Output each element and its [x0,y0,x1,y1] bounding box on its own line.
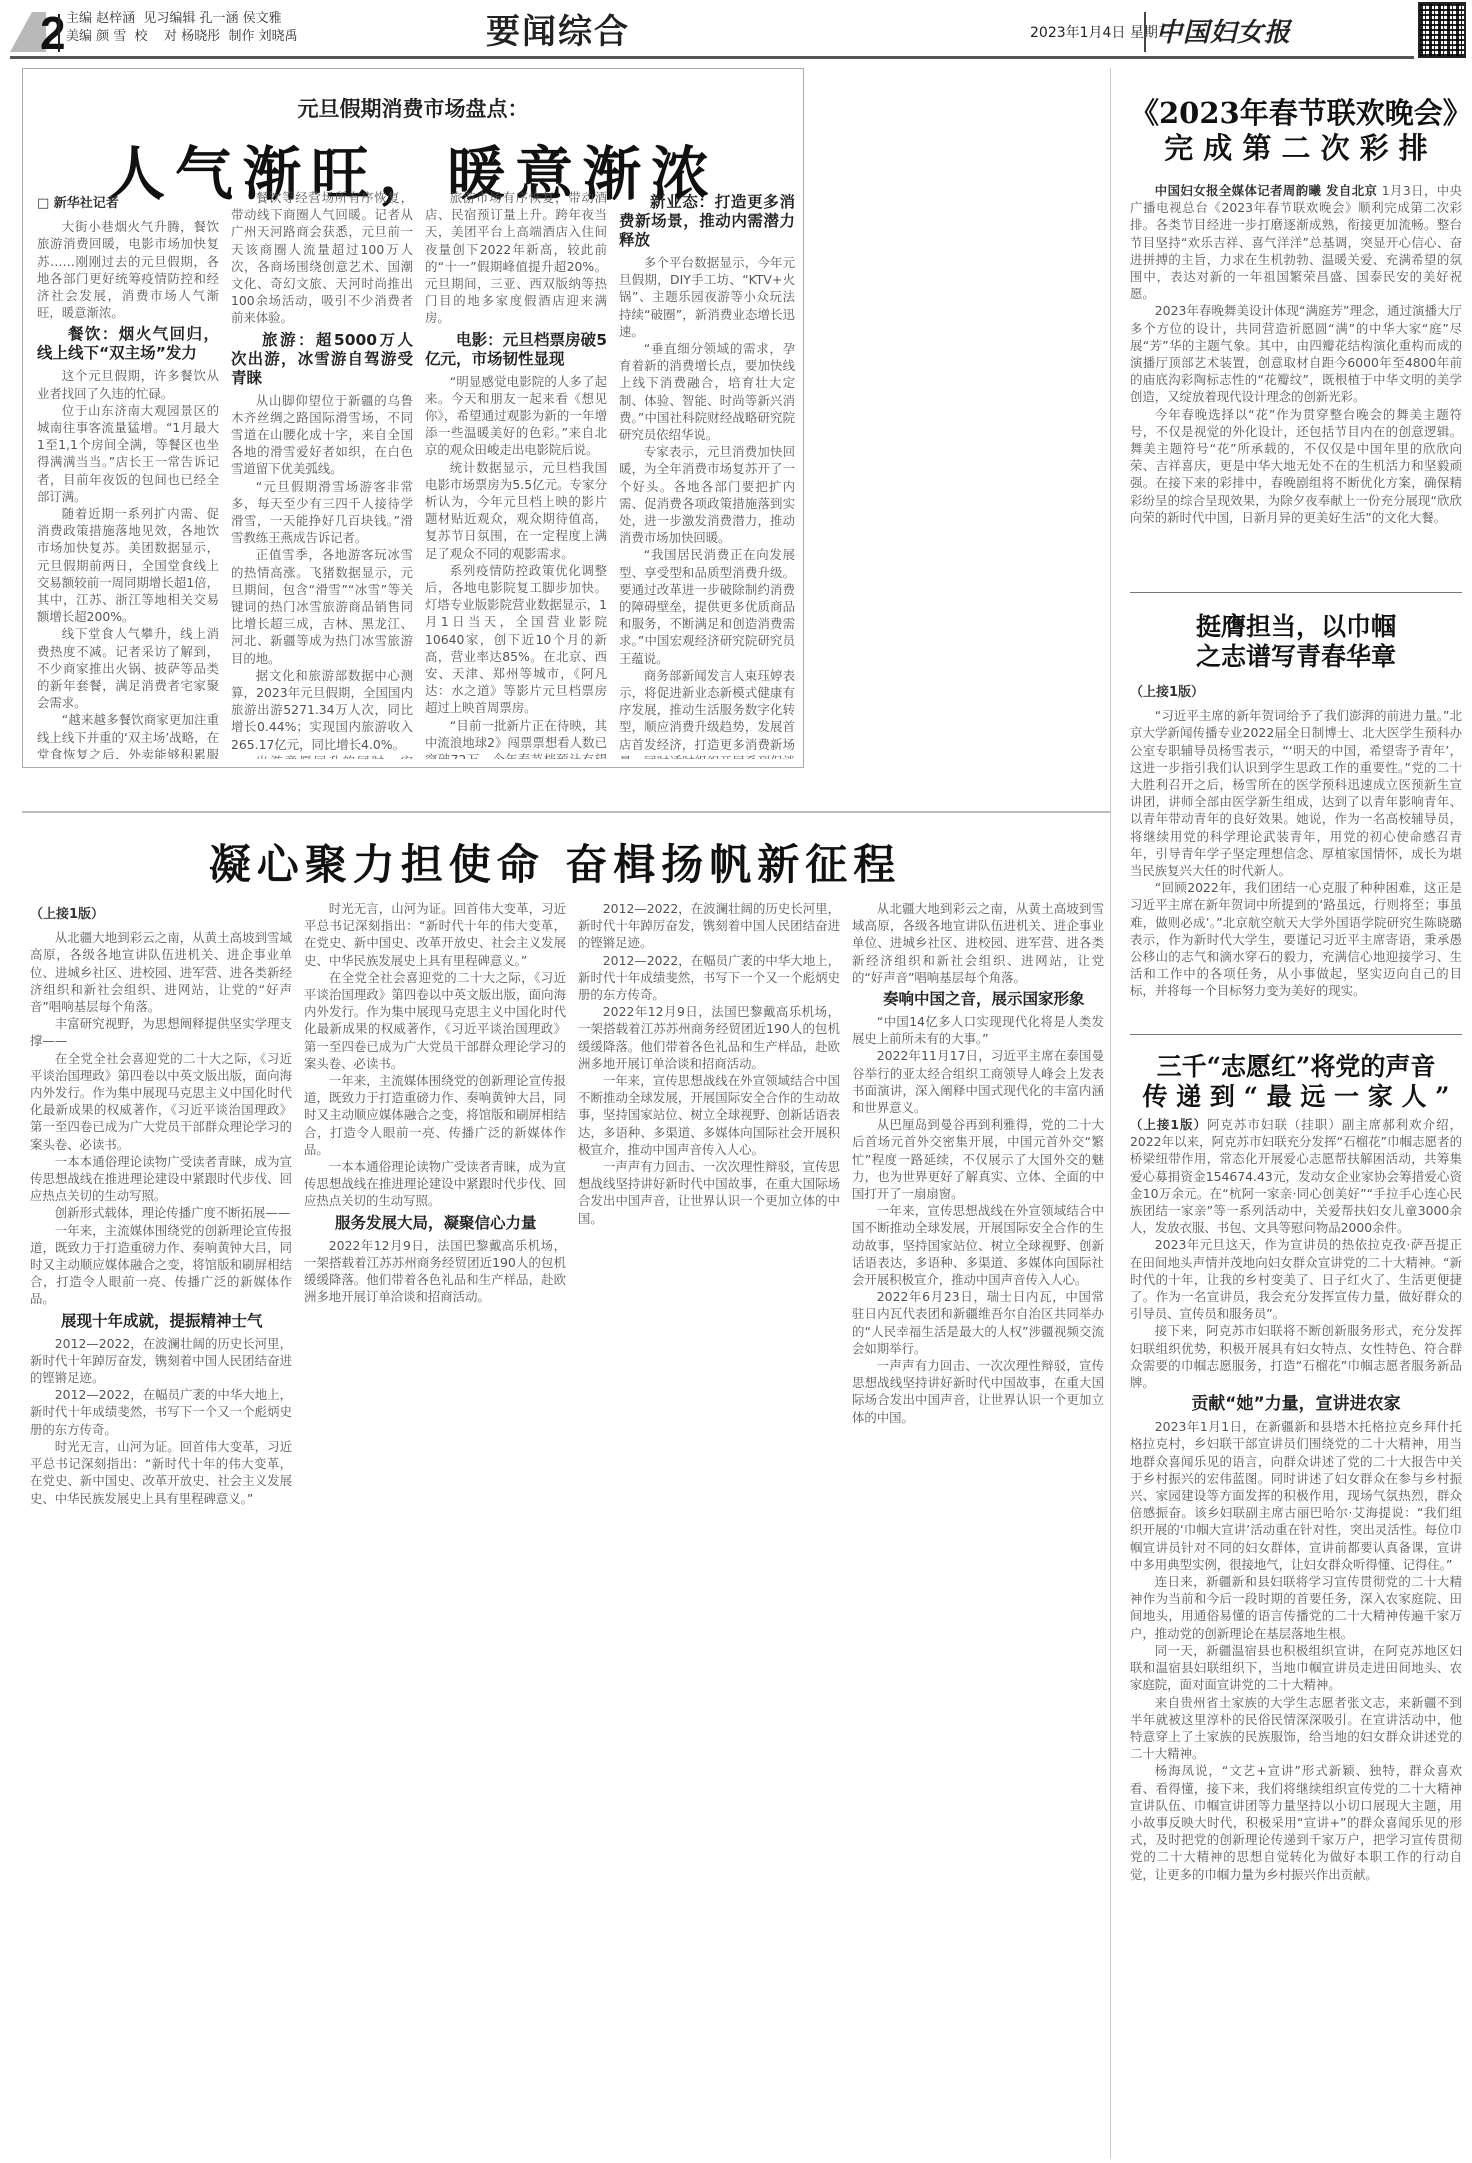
qr-code-icon[interactable] [1418,2,1466,58]
paragraph: 系列疫情防控政策优化调整后，各地电影院复工脚步加快。灯塔专业版影院营业数据显示，… [425,562,607,717]
paragraph: “中国14亿多人口实现现代化将是人类发展史上前所未有的大事。” [852,1013,1104,1047]
paragraph: 这个元旦假期，许多餐饮从业者找回了久违的忙碌。 [37,367,219,401]
feature-column-2: 时光无言，山河为证。回首伟大变革，习近平总书记深刻指出：“新时代十年的伟大变革，… [304,900,566,2155]
paragraph: 2022年11月17日，习近平主席在泰国曼谷举行的亚太经合组织工商领导人峰会上发… [852,1047,1104,1116]
paragraph: 一年来，宣传思想战线在外宣领域结合中国不断推动全球发展，开展国际安全合作的生动故… [852,1202,1104,1288]
paragraph: 正值雪季，各地游客玩冰雪的热情高涨。飞猪数据显示，元旦期间，包含“滑雪”“冰雪”… [231,546,413,666]
feature-column-3: 2012—2022，在波澜壮阔的历史长河里，新时代十年踔厉奋发，镌刻着中国人民团… [578,900,840,2155]
paragraph: 一本本通俗理论读物广受读者青睐，成为宣传思想战线在推进理论建设中紧跟时代步伐、回… [304,1158,566,1210]
paragraph: 一年来，宣传思想战线在外宣领域结合中国不断推动全球发展，开展国际安全合作的生动故… [578,1072,840,1158]
paragraph: 在全党全社会喜迎党的二十大之际，《习近平谈治国理政》第四卷以中英文版出版，面向海… [304,969,566,1072]
paragraph: 旅游市场有序恢复，带动酒店、民宿预订量上升。跨年夜当天，美团平台上高端酒店入住间… [425,189,607,327]
volunteers-subhead: 贡献“她”力量，宣讲进农家 [1130,1395,1462,1414]
paragraph: 一声声有力回击、一次次理性辩驳，宣传思想战线坚持讲好新时代中国故事，在重大国际场… [578,1158,840,1227]
lead-subhead-tourism: 旅游：超5000万人次出游，冰雪游自驾游受青睐 [231,331,413,388]
feature-headline: 凝心聚力担使命 奋楫扬帆新征程 [0,832,1110,892]
page-number: 2 [40,6,66,60]
lead-column-1: □ 新华社记者 大街小巷烟火气升腾，餐饮旅游消费回暖，电影市场加快复苏……刚刚过… [37,189,219,759]
staff-line-2: 美编 颜 雪 校 对 杨晓彤 制作 刘晓禹 [66,28,298,46]
youth-headline-line2: 之志谱写青春华章 [1130,642,1462,672]
paragraph: 2022年12月9日，法国巴黎戴高乐机场，一架搭载着江苏苏州商务经贸团近190人… [578,1003,840,1072]
staff-line-1: 主编 赵梓涵 见习编辑 孔一涵 侯文雅 [66,10,298,28]
lead-subhead-new-formats: 新业态：打造更多消费新场景，推动内需潜力释放 [619,193,795,250]
paragraph: 2022年6月23日，瑞士日内瓦，中国常驻日内瓦代表团和新疆维吾尔自治区共同举办… [852,1288,1104,1357]
paragraph: 在全党全社会喜迎党的二十大之际，《习近平谈治国理政》第四卷以中英文版出版，面向海… [30,1050,292,1153]
sidebar-story-volunteers: 三千“志愿红”将党的声音 传 递 到 “ 最 远 一 家 人 ” [1130,1052,1462,1112]
lead-column-4: 新业态：打造更多消费新场景，推动内需潜力释放 多个平台数据显示，今年元旦假期，D… [619,189,795,759]
paragraph: 时光无言，山河为证。回首伟大变革，习近平总书记深刻指出：“新时代十年的伟大变革，… [30,1438,292,1507]
gala-headline-line2: 完 成 第 二 次 彩 排 [1130,131,1462,166]
page-number-block: 2 [10,12,70,52]
paragraph: 从北疆大地到彩云之南，从黄土高坡到雪域高原，各级各地宣讲队伍进机关、进企事业单位… [30,929,292,1015]
lead-subhead-film: 电影：元旦档票房破5亿元，市场韧性显现 [425,331,607,369]
paragraph: 一声声有力回击、一次次理性辩驳，宣传思想战线坚持讲好新时代中国故事，在重大国际场… [852,1357,1104,1426]
paragraph: 出游意愿回升的同时，安全、健康成为更多消费者考虑的重点。元旦期间，不少游客倾向于… [231,753,413,759]
continued-from: （上接1版） [30,906,292,923]
masthead-divider-right [1144,12,1146,52]
lead-column-3: 旅游市场有序恢复，带动酒店、民宿预订量上升。跨年夜当天，美团平台上高端酒店入住间… [425,189,607,759]
masthead-divider [58,14,60,52]
paragraph: 餐饮等经营场所有序恢复，带动线下商圈人气回暖。记者从广州天河路商会获悉，元旦前一… [231,189,413,327]
paragraph: 线下堂食人气攀升，线上消费热度不减。记者采访了解到，不少商家推出火锅、披萨等品类… [37,625,219,711]
paragraph: “习近平主席的新年贺词给予了我们澎湃的前进力量。”北京大学新闻传播专业2022届… [1130,707,1462,879]
paragraph: 随着近期一系列扩内需、促消费政策措施落地见效，各地饮市场加快复苏。美团数据显示，… [37,505,219,625]
gala-body: 中国妇女报全媒体记者周韵曦 发自北京 1月3日，中央广播电视总台《2023年春节… [1130,182,1462,582]
paragraph: 多个平台数据显示，今年元旦假期，DIY手工坊、“KTV+火锅”、主题乐园夜游等小… [619,254,795,340]
paragraph: 1月3日，中央广播电视总台《2023年春节联欢晚会》顺利完成第二次彩排。各类节目… [1130,183,1462,301]
paragraph: 从北疆大地到彩云之南，从黄土高坡到雪域高原，各级各地宣讲队伍进机关、进企事业单位… [852,900,1104,986]
paragraph: 2023年春晚舞美设计体现“满庭芳”理念，通过演播大厅多个方位的设计，共同营造祈… [1130,302,1462,405]
paragraph: 接下来，阿克苏市妇联将不断创新服务形式，充分发挥妇联组织优势，积极开展具有妇女特… [1130,1322,1462,1391]
paragraph: 丰富研究视野，为思想阐释提供坚实学理支撑—— [30,1015,292,1049]
feature-subhead-service: 服务发展大局，凝聚信心力量 [304,1214,566,1233]
newspaper-logo[interactable]: 中国妇女报 [1156,12,1291,49]
paragraph: “目前一批新片正在待映，其中流浪地球2》闯票票想看人数已突破72万。今年春节档预… [425,717,607,759]
paragraph: 2022年12月9日，法国巴黎戴高乐机场，一架搭载着江苏苏州商务经贸团近190人… [304,1237,566,1306]
volunteers-headline-line2: 传 递 到 “ 最 远 一 家 人 ” [1130,1082,1462,1112]
section-divider [22,811,1110,813]
lead-story: 元旦假期消费市场盘点： 人气渐旺，暖意渐浓 □ 新华社记者 大街小巷烟火气升腾，… [22,68,804,768]
paragraph: 专家表示，元旦消费加快回暖，为全年消费市场复苏开了一个好头。各地各部门要把扩内需… [619,443,795,546]
volunteers-headline-line1: 三千“志愿红”将党的声音 [1130,1052,1462,1082]
paragraph: 商务部新闻发言人束珏婷表示，将促进新业态新模式健康有序发展，推动生活服务数字化转… [619,667,795,759]
paragraph: 从巴厘岛到曼谷再到利雅得，党的二十大后首场元首外交密集开展，中国元首外交“繁忙”… [852,1116,1104,1202]
paragraph: “越来越多餐饮商家更加注重线上线下并重的‘双主场’战略，在堂食恢复之后，外卖能够… [37,711,219,759]
paragraph: 位于山东济南大观园景区的城南往事客流量猛增。“1月最大1至1,1个房间全满，等餐… [37,402,219,505]
paragraph: 阿克苏市妇联（挂职）副主席郝利欢介绍，2022年以来，阿克苏市妇联充分发挥“石榴… [1130,1117,1462,1235]
sidebar-divider [1130,592,1462,593]
volunteers-body: （上接1版）阿克苏市妇联（挂职）副主席郝利欢介绍，2022年以来，阿克苏市妇联充… [1130,1116,1462,2156]
sidebar-story-gala: 《2023年春节联欢晚会》 完 成 第 二 次 彩 排 [1130,96,1462,166]
paragraph: 今年春晚选择以“花”作为贯穿整台晚会的舞美主题符号，不仅是视觉的外化设计，还包括… [1130,406,1462,526]
gala-headline-line1: 《2023年春节联欢晚会》 [1130,96,1462,131]
paragraph: “我国居民消费正在向发展型、享受型和品质型消费升级。要通过改革进一步破除制约消费… [619,546,795,666]
masthead: 2 主编 赵梓涵 见习编辑 孔一涵 侯文雅美编 颜 雪 校 对 杨晓彤 制作 刘… [0,0,1472,60]
paragraph: 创新形式载体，理论传播广度不断拓展—— [30,1204,292,1221]
issue-date: 2023年1月4日 星期三 [1030,22,1172,42]
feature-subhead-voice: 奏响中国之音，展示国家形象 [852,990,1104,1009]
lead-byline: □ 新华社记者 [37,195,219,212]
paragraph: 杨海凤说，“文艺+宣讲”形式新颖、独特，群众喜欢看、看得懂，接下来，我们将继续组… [1130,1762,1462,1882]
paragraph: 从山脚仰望位于新疆的乌鲁木齐丝绸之路国际滑雪场，不同雪道在山腰化成十字，来自全国… [231,392,413,478]
paragraph: 连日来，新疆新和县妇联将学习宣传贯彻党的二十大精神作为当前和今后一段时期的首要任… [1130,1573,1462,1642]
paragraph: 同一天，新疆温宿县也积极组织宣讲，在阿克苏地区妇联和温宿县妇联组织下，当地巾帼宣… [1130,1642,1462,1694]
paragraph: 2023年元旦这天，作为宣讲员的热依拉克孜·萨吾提正在田间地头声情并茂地向妇女群… [1130,1236,1462,1322]
paragraph: 时光无言，山河为证。回首伟大变革，习近平总书记深刻指出：“新时代十年的伟大变革，… [304,900,566,969]
lead-kicker: 元旦假期消费市场盘点： [23,93,803,123]
feature-subhead-decade: 展现十年成就，提振精神士气 [30,1312,292,1331]
paragraph: 统计数据显示，元旦档我国电影市场票房为5.5亿元。专家分析认为，今年元旦档上映的… [425,459,607,562]
staff-credits: 主编 赵梓涵 见习编辑 孔一涵 侯文雅美编 颜 雪 校 对 杨晓彤 制作 刘晓禹 [66,10,298,46]
sidebar-divider [1130,1034,1462,1035]
continued-from: （上接1版） [1130,684,1462,701]
paragraph: “垂直细分领域的需求，孕育着新的消费增长点，要加快线上线下消费融合，培育壮大定制… [619,340,795,443]
paragraph: 来自贵州省土家族的大学生志愿者张文志，来新疆不到半年就被这里淳朴的民俗民情深深吸… [1130,1694,1462,1763]
paragraph: 2012—2022，在幅员广袤的中华大地上，新时代十年成绩斐然，书写下一个又一个… [578,952,840,1004]
lead-intro: 大街小巷烟火气升腾，餐饮旅游消费回暖，电影市场加快复苏……刚刚过去的元旦假期，各… [37,218,219,321]
paragraph: 2012—2022，在波澜壮阔的历史长河里，新时代十年踔厉奋发，镌刻着中国人民团… [578,900,840,952]
page-tab-shape [10,12,32,52]
paragraph: 2012—2022，在幅员广袤的中华大地上，新时代十年成绩斐然，书写下一个又一个… [30,1386,292,1438]
masthead-rule [10,56,1414,59]
lead-subhead-dining: 餐饮：烟火气回归，线上线下“双主场”发力 [37,325,219,363]
column-divider [1110,68,1111,2158]
lead-column-2: 餐饮等经营场所有序恢复，带动线下商圈人气回暖。记者从广州天河路商会获悉，元旦前一… [231,189,413,759]
paragraph: “明显感觉电影院的人多了起来。今天和朋友一起来看《想见你》，希望通过观影为新的一… [425,373,607,459]
paragraph: 一年来，主流媒体围绕党的创新理论宣传报道，既致力于打造重磅力作、奏响黄钟大吕，同… [304,1072,566,1158]
feature-column-1: （上接1版） 从北疆大地到彩云之南，从黄土高坡到雪域高原，各级各地宣讲队伍进机关… [30,900,292,2155]
youth-headline-line1: 挺膺担当，以巾帼 [1130,612,1462,642]
paragraph: 2012—2022，在波澜壮阔的历史长河里，新时代十年踔厉奋发，镌刻着中国人民团… [30,1335,292,1387]
sidebar-story-youth: 挺膺担当，以巾帼 之志谱写青春华章 [1130,612,1462,672]
paragraph: 一年来，主流媒体围绕党的创新理论宣传报道，既致力于打造重磅力作、奏响黄钟大吕，同… [30,1222,292,1308]
feature-column-4: 从北疆大地到彩云之南，从黄土高坡到雪域高原，各级各地宣讲队伍进机关、进企事业单位… [852,900,1104,2155]
paragraph: 2023年1月1日，在新疆新和县塔木托格拉克乡拜什托格拉克村，乡妇联干部宣讲员们… [1130,1418,1462,1573]
paragraph: “元旦假期滑雪场游客非常多，每天至少有三四千人接待学滑雪，一天能挣好几百块钱。”… [231,478,413,547]
paragraph: 据文化和旅游部数据中心测算，2023年元旦假期，全国国内旅游出游5271.34万… [231,667,413,753]
paragraph: “回顾2022年，我们团结一心克服了种种困难，这正是习近平主席在新年贺词中所提到… [1130,879,1462,998]
section-title: 要闻综合 [486,4,630,53]
gala-byline: 中国妇女报全媒体记者周韵曦 发自北京 [1155,183,1378,198]
youth-body: （上接1版） “习近平主席的新年贺词给予了我们澎湃的前进力量。”北京大学新闻传播… [1130,678,1462,998]
paragraph: 一本本通俗理论读物广受读者青睐，成为宣传思想战线在推进理论建设中紧跟时代步伐、回… [30,1153,292,1205]
continued-from: （上接1版） [1130,1117,1207,1132]
